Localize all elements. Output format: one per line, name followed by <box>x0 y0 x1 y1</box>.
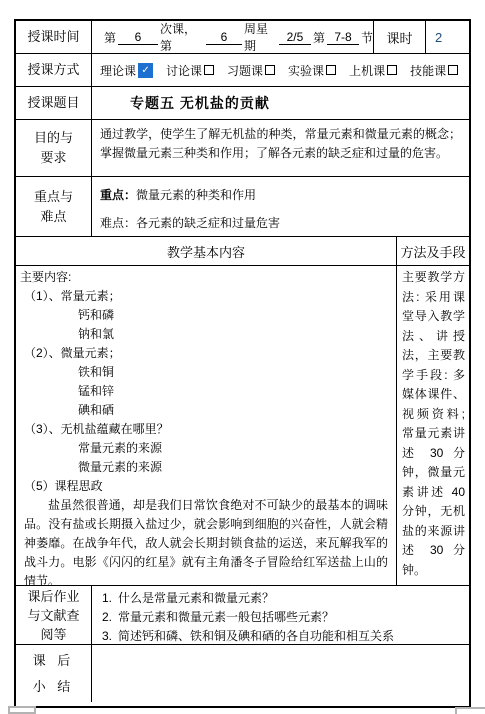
homework-item-text: 常量元素和微量元素一般包括哪些元素？ <box>118 610 334 624</box>
homework-item-number: 1. <box>102 589 118 608</box>
course-type-option-label: 习题课 <box>227 62 263 79</box>
course-type-option-label: 技能课 <box>410 62 446 79</box>
main-content: 主要内容: （1）、常量元素； 钙和磷 钠和氯 （2）、微量元素； 铁和铜 锰和… <box>16 266 397 585</box>
time-seg4: 第 <box>313 29 325 46</box>
difficulty-text: 各元素的缺乏症和过量危害 <box>136 216 280 230</box>
homework-label-line2: 与文献查 <box>27 606 79 625</box>
lesson-plan-table: 授课时间 第 6 次课，第 6 周星期 2/5 第 7-8 节 课时 2 授课方… <box>14 19 471 708</box>
row-after-class-summary: 课 后 小 结 <box>16 645 469 702</box>
period-blank: 7-8 <box>327 30 359 45</box>
course-type-option-discussion[interactable]: 讨论课 <box>166 62 214 79</box>
course-type-option-theory[interactable]: 理论课 ✓ <box>100 62 153 79</box>
homework-item-text: 简述钙和磷、铁和铜及碘和硒的各自功能和相互关系 <box>118 629 394 643</box>
row-teaching-method: 授课方式 理论课 ✓ 讨论课 习题课 实验课 上机课 <box>16 54 469 87</box>
course-type-option-skill[interactable]: 技能课 <box>410 62 458 79</box>
class-hours-value: 2 <box>426 21 469 53</box>
time-seg1: 第 <box>104 29 116 46</box>
content-line: 钙和磷 <box>16 306 396 325</box>
weekday-blank: 2/5 <box>279 30 311 45</box>
teaching-time-label: 授课时间 <box>16 21 92 53</box>
course-type-option-label: 实验课 <box>288 62 324 79</box>
keypoint-line: 重点：微量元素的种类和作用 <box>100 181 461 209</box>
time-seg3: 周星期 <box>244 21 277 53</box>
summary-label: 课 后 小 结 <box>16 645 92 702</box>
content-line: 微量元素的来源 <box>16 458 396 477</box>
content-line: （1）、常量元素； <box>16 287 396 306</box>
next-page-table-fragment-left <box>8 706 36 714</box>
row-content-header: 教学基本内容 方法及手段 <box>16 237 469 266</box>
summary-label-line1: 课 后 <box>33 648 75 674</box>
purpose-label: 目的与 要求 <box>16 120 92 176</box>
content-line: （2）、微量元素； <box>16 344 396 363</box>
course-type-option-computer[interactable]: 上机课 <box>349 62 397 79</box>
content-line: 钠和氯 <box>16 325 396 344</box>
time-seg5: 节 <box>361 29 373 46</box>
difficulty-line: 难点：各元素的缺乏症和过量危害 <box>100 209 461 236</box>
ideology-paragraph: 盐虽然很普通，却是我们日常饮食绝对不可缺少的最基本的调味品。没有盐或长期摄入盐过… <box>16 496 396 585</box>
keypoints-label-line1: 重点与 <box>34 187 73 207</box>
summary-label-line2: 小 结 <box>33 674 75 700</box>
content-line: 主要内容: <box>16 268 396 287</box>
content-line: 铁和铜 <box>16 363 396 382</box>
methods-and-means-text: 主要教学方法: 采用课堂导入教学法、讲授法，主要教学手段: 多媒体课件、视频资料… <box>397 266 469 585</box>
checkbox-icon[interactable] <box>387 65 397 75</box>
teaching-method-label: 授课方式 <box>16 54 92 86</box>
class-hours-label: 课时 <box>374 21 426 53</box>
content-line: 碘和硒 <box>16 401 396 420</box>
row-homework: 课后作业 与文献查 阅等 1.什么是常量元素和微量元素？ 2.常量元素和微量元素… <box>16 586 469 645</box>
week-number-blank: 6 <box>206 30 242 45</box>
row-purpose-requirements: 目的与 要求 通过教学，使学生了解无机盐的种类，常量元素和微量元素的概念；掌握微… <box>16 120 469 177</box>
teaching-method-content: 理论课 ✓ 讨论课 习题课 实验课 上机课 技能课 <box>92 54 469 86</box>
row-main-content: 主要内容: （1）、常量元素； 钙和磷 钠和氯 （2）、微量元素； 铁和铜 锰和… <box>16 266 469 586</box>
lesson-number-blank: 6 <box>118 30 158 45</box>
content-line: 常量元素的来源 <box>16 439 396 458</box>
keypoints-content: 重点：微量元素的种类和作用 难点：各元素的缺乏症和过量危害 <box>92 177 469 236</box>
course-type-option-label: 理论课 <box>100 62 136 79</box>
homework-label: 课后作业 与文献查 阅等 <box>16 586 92 644</box>
next-page-table-fragment-right <box>455 707 485 714</box>
homework-label-line3: 阅等 <box>40 625 66 644</box>
checkbox-icon[interactable] <box>204 65 214 75</box>
course-type-option-experiment[interactable]: 实验课 <box>288 62 336 79</box>
content-header-right: 方法及手段 <box>397 237 469 265</box>
purpose-text: 通过教学，使学生了解无机盐的种类，常量元素和微量元素的概念；掌握微量元素三种类和… <box>92 120 469 176</box>
teaching-time-content: 第 6 次课，第 6 周星期 2/5 第 7-8 节 <box>92 21 374 53</box>
purpose-label-line2: 要求 <box>40 148 66 168</box>
time-seg2: 次课，第 <box>160 21 204 53</box>
homework-item: 3.简述钙和磷、铁和铜及碘和硒的各自功能和相互关系 <box>102 627 461 644</box>
keypoint-text: 微量元素的种类和作用 <box>136 188 256 202</box>
keypoints-label: 重点与 难点 <box>16 177 92 236</box>
homework-item-number: 2. <box>102 608 118 627</box>
homework-item-number: 3. <box>102 627 118 644</box>
course-type-option-label: 讨论课 <box>166 62 202 79</box>
homework-item-text: 什么是常量元素和微量元素？ <box>118 591 274 605</box>
checkbox-icon[interactable]: ✓ <box>138 63 153 78</box>
keypoints-label-line2: 难点 <box>40 207 66 227</box>
summary-content <box>92 645 469 702</box>
content-header-left: 教学基本内容 <box>16 237 397 265</box>
difficulty-label: 难点： <box>100 216 136 230</box>
row-teaching-time: 授课时间 第 6 次课，第 6 周星期 2/5 第 7-8 节 课时 2 <box>16 21 469 54</box>
teaching-topic-title: 专题五 无机盐的贡献 <box>92 87 469 119</box>
course-type-option-exercise[interactable]: 习题课 <box>227 62 275 79</box>
content-line: 锰和锌 <box>16 382 396 401</box>
homework-label-line1: 课后作业 <box>27 587 79 606</box>
content-line: （5）课程思政 <box>16 477 396 496</box>
checkbox-icon[interactable] <box>326 65 336 75</box>
checkbox-icon[interactable] <box>448 65 458 75</box>
course-type-option-label: 上机课 <box>349 62 385 79</box>
homework-list: 1.什么是常量元素和微量元素？ 2.常量元素和微量元素一般包括哪些元素？ 3.简… <box>92 586 469 644</box>
teaching-topic-label: 授课题目 <box>16 87 92 119</box>
keypoint-label: 重点： <box>100 188 136 202</box>
row-teaching-topic: 授课题目 专题五 无机盐的贡献 <box>16 87 469 120</box>
checkbox-icon[interactable] <box>265 65 275 75</box>
content-line: （3）、无机盐蕴藏在哪里？ <box>16 420 396 439</box>
homework-item: 1.什么是常量元素和微量元素？ <box>102 589 461 608</box>
homework-item: 2.常量元素和微量元素一般包括哪些元素？ <box>102 608 461 627</box>
row-keypoints-difficulties: 重点与 难点 重点：微量元素的种类和作用 难点：各元素的缺乏症和过量危害 <box>16 177 469 237</box>
purpose-label-line1: 目的与 <box>34 128 73 148</box>
